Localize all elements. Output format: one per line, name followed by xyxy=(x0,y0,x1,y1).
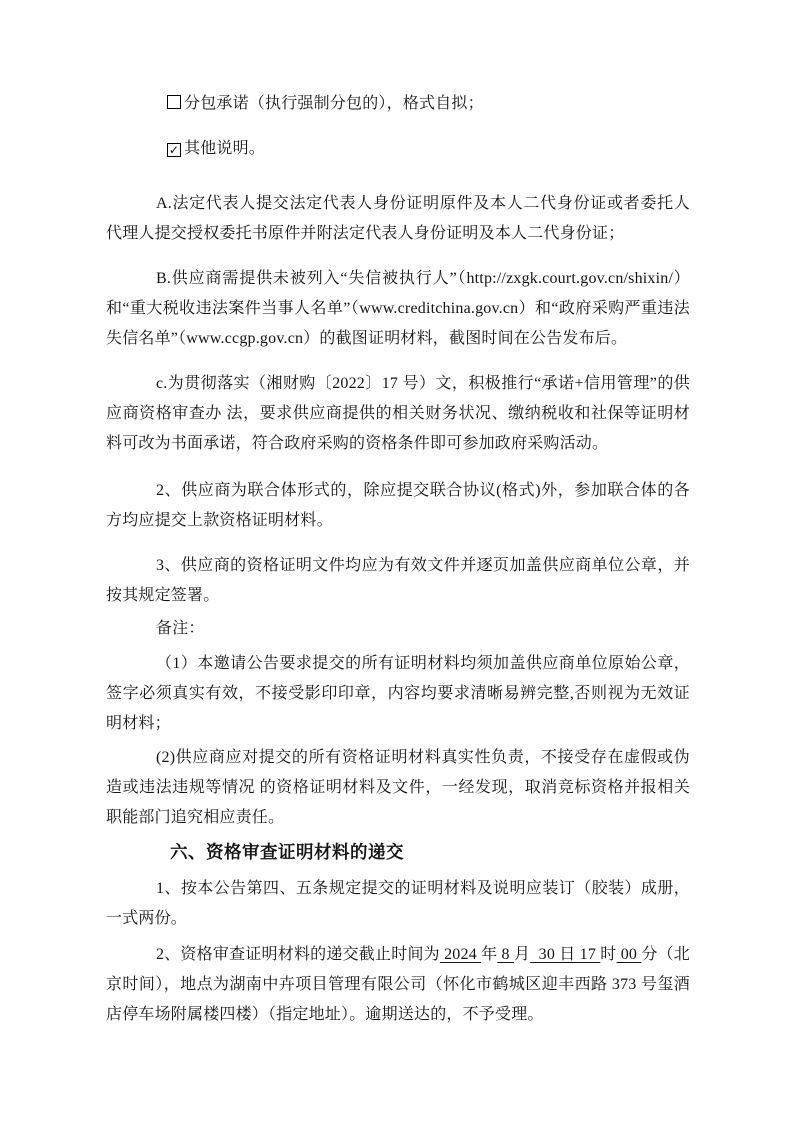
deadline-day-hour-blank: 30 日 17 xyxy=(530,946,600,963)
checkbox-label-other: 其他说明。 xyxy=(184,140,265,157)
deadline-minute-blank: 00 xyxy=(617,946,642,963)
paragraph-item3: 3、供应商的资格证明文件均应为有效文件并逐页加盖供应商单位公章，并按其规定签署。 xyxy=(106,551,690,611)
checkbox-checked-icon[interactable]: ✓ xyxy=(167,143,181,157)
section-6-deadline: 2、资格审查证明材料的递交截止时间为 2024 年 8 月 30 日 17 时 … xyxy=(106,940,690,1030)
deadline-month-unit: 月 xyxy=(514,946,530,963)
paragraph-b: B.供应商需提供未被列入“失信被执行人”（http://zxgk.court.g… xyxy=(106,264,690,354)
checkbox-unchecked-icon[interactable] xyxy=(167,95,181,109)
deadline-hour-unit: 时 xyxy=(600,946,616,963)
note-2: (2)供应商应对提交的所有资格证明材料真实性负责，不接受存在虚假或伪造或违法违规… xyxy=(106,743,690,833)
section-6-item1: 1、按本公告第四、五条规定提交的证明材料及说明应装订（胶装）成册，一式两份。 xyxy=(106,874,690,934)
deadline-year-unit: 年 xyxy=(481,946,497,963)
deadline-month-blank: 8 xyxy=(497,946,514,963)
paragraph-item2: 2、供应商为联合体形式的，除应提交联合协议(格式)外，参加联合体的各方均应提交上… xyxy=(106,476,690,536)
checkbox-line-other: ✓其他说明。 xyxy=(106,134,690,164)
document-page: 分包承诺（执行强制分包的），格式自拟； ✓其他说明。 A.法定代表人提交法定代表… xyxy=(0,0,793,1030)
deadline-minute-unit: 分 xyxy=(641,946,657,963)
paragraph-c: c.为贯彻落实（湘财购〔2022〕17 号）文，积极推行“承诺+信用管理”的供应… xyxy=(106,369,690,459)
checkbox-label-subcontract: 分包承诺（执行强制分包的），格式自拟； xyxy=(184,95,484,112)
deadline-prefix: 2、资格审查证明材料的递交截止时间为 xyxy=(156,946,440,963)
deadline-year-blank: 2024 xyxy=(440,946,481,963)
paragraph-a: A.法定代表人提交法定代表人身份证明原件及本人二代身份证或者委托人代理人提交授权… xyxy=(106,189,690,249)
note-1: （1）本邀请公告要求提交的所有证明材料均须加盖供应商单位原始公章，签字必须真实有… xyxy=(106,649,690,739)
check-mark-icon: ✓ xyxy=(169,143,179,157)
notes-label: 备注： xyxy=(106,614,690,644)
checkbox-line-subcontract: 分包承诺（执行强制分包的），格式自拟； xyxy=(106,89,690,119)
section-6-heading: 六、资格审查证明材料的递交 xyxy=(106,835,690,869)
